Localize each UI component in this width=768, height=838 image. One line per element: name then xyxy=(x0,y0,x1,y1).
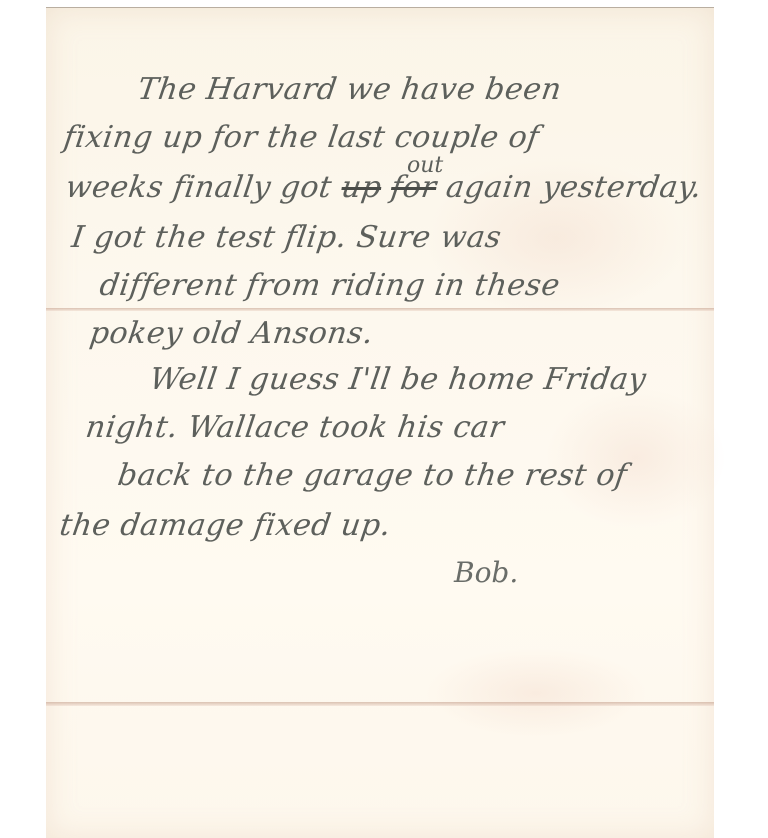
struck-word-for: for xyxy=(389,170,439,205)
letter-line-2: fixing up for the last couple of xyxy=(62,120,542,155)
letter-line-1: The Harvard we have been xyxy=(136,72,564,107)
letter-line-9: back to the garage to the rest of xyxy=(116,458,630,493)
line-3-suffix: again yesterday. xyxy=(434,170,704,205)
letter-line-7: Well I guess I'll be home Friday xyxy=(148,362,649,397)
paper-stain xyxy=(426,648,646,738)
letter-line-4: I got the test flip. Sure was xyxy=(70,220,504,255)
signature: Bob. xyxy=(454,556,518,589)
fold-crease xyxy=(46,308,714,311)
letter-line-10: the damage fixed up. xyxy=(58,508,394,543)
line-3-prefix: weeks finally got xyxy=(64,170,345,205)
letter-line-5: different from riding in these xyxy=(98,268,563,303)
letter-line-6: pokey old Ansons. xyxy=(88,316,376,351)
fold-crease xyxy=(46,702,714,706)
letter-line-3: weeks finally got up for again yesterday… xyxy=(64,170,705,205)
letter-line-8: night. Wallace took his car xyxy=(84,410,507,445)
struck-word-up: up xyxy=(339,170,383,205)
